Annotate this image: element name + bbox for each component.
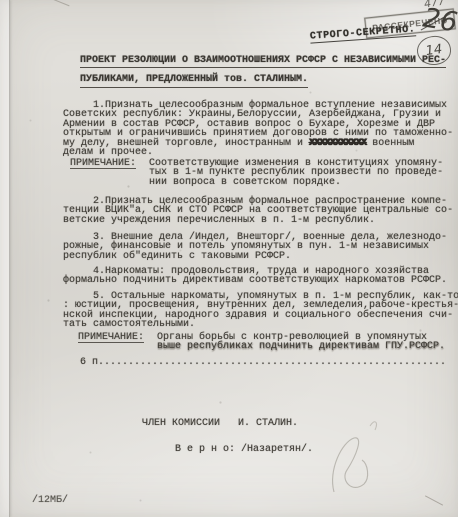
document-title-line-2-text: ПУБЛИКАМИ, ПРЕДЛОЖЕННЫЙ тов. СТАЛИНЫМ. [80,75,308,87]
paper-specks [0,0,1,1]
certification-line: В е р н о: /Назаретян/. [175,445,313,454]
pencil-mark-top-left [52,0,69,6]
document-title-line-2: ПУБЛИКАМИ, ПРЕДЛОЖЕННЫЙ тов. СТАЛИНЫМ. [80,75,446,87]
note-1-label: ПРИМЕЧАНИЕ: [70,159,136,169]
overtyped-crossed-out-word: ХХХХХХХХХХХ [309,138,366,149]
document-title: ПРОЕКТ РЕЗОЛЮЦИИ О ВЗАИМООТНОШЕНИЯХ РСФС… [80,56,446,95]
scan-left-edge [0,0,10,517]
pencil-squiggle [312,412,392,507]
note-1: ПРИМЕЧАНИЕ:Соответствующие изменения в к… [70,159,443,187]
signature-line: ЧЛЕН КОМИССИИ И. СТАЛИН. [142,419,298,428]
paragraph-5: 5. Остальные наркоматы, упомянутых в п. … [63,292,458,330]
typist-initials: /12МБ/ [32,496,68,505]
pencil-mark-bottom-right [425,495,443,505]
document-page: РАССЕКРЕЧЕНО СТРОГО-СЕКРЕТНО. 477 26 14 … [0,0,458,517]
note-2-text-line-2: выше республиках подчинить директивам ГП… [157,342,445,351]
handwritten-page-number: 26 [421,3,458,39]
note-1-text: Соответствующие изменения в конституциях… [149,159,443,187]
handwritten-page-number-text: 26 [421,3,458,39]
paragraph-2: 2.Признать целесообразным формальное рас… [63,197,453,225]
paragraph-3: 3. Внешние дела /Индел, Внешторг/, военн… [63,233,447,261]
note-2-text: Органы борьбы с контр-революцией в упомя… [157,333,445,352]
item-6-dotted-placeholder: 6 п.....................................… [80,358,446,367]
note-2-label: ПРИМЕЧАНИЕ: [78,333,144,343]
note-2: ПРИМЕЧАНИЕ:Органы борьбы с контр-революц… [78,333,445,352]
document-title-line-1: ПРОЕКТ РЕЗОЛЮЦИИ О ВЗАИМООТНОШЕНИЯХ РСФС… [80,56,446,68]
paragraph-1: 1.Признать целесообразным формальное вст… [63,101,453,157]
document-title-line-1-text: ПРОЕКТ РЕЗОЛЮЦИИ О ВЗАИМООТНОШЕНИЯХ РСФС… [80,56,446,68]
classification-heading: СТРОГО-СЕКРЕТНО. [310,25,416,44]
paragraph-4: 4.Наркоматы: продовольствия, труда и нар… [63,267,447,286]
